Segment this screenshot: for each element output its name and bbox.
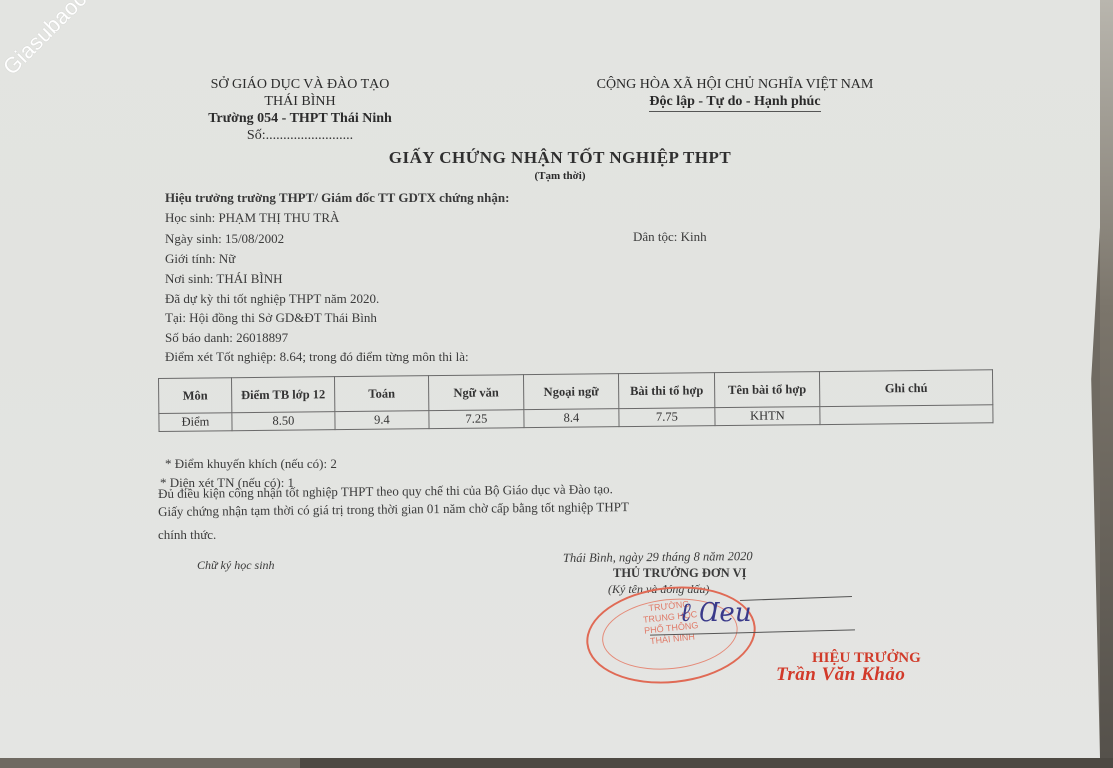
row-label: Điểm bbox=[159, 413, 232, 432]
unit-head-title: THỦ TRƯỞNG ĐƠN VỊ bbox=[613, 566, 746, 581]
score-math: 9.4 bbox=[335, 411, 429, 430]
national-header: CỘNG HÒA XÃ HỘI CHỦ NGHĨA VIỆT NAM Độc l… bbox=[515, 76, 955, 112]
validity-statement-end: chính thức. bbox=[158, 527, 216, 543]
candidate-number: Số báo danh: 26018897 bbox=[165, 330, 288, 346]
student-name: Học sinh: PHẠM THỊ THU TRÀ bbox=[165, 210, 339, 226]
header-subject: Môn bbox=[159, 378, 232, 414]
date-of-birth: Ngày sinh: 15/08/2002 bbox=[165, 231, 284, 247]
document-subtitle: (Tạm thời) bbox=[300, 170, 820, 182]
document-number: Số:......................... bbox=[160, 127, 440, 144]
handwritten-signature: ℓ Ɑeu bbox=[680, 598, 752, 628]
background-surface bbox=[1100, 0, 1113, 768]
school-name: Trường 054 - THPT Thái Ninh bbox=[160, 110, 440, 127]
score-gpa: 8.50 bbox=[232, 412, 335, 431]
notes-cell bbox=[820, 405, 993, 425]
document-title: GIẤY CHỨNG NHẬN TỐT NGHIỆP THPT bbox=[300, 148, 820, 168]
birthplace: Nơi sinh: THÁI BÌNH bbox=[165, 271, 283, 287]
exam-venue: Tại: Hội đồng thi Sở GD&ĐT Thái Bình bbox=[165, 310, 377, 326]
header-combined-name: Tên bài tổ hợp bbox=[714, 372, 819, 408]
principal-name: Trần Văn Khảo bbox=[776, 664, 905, 686]
header-literature: Ngữ văn bbox=[428, 375, 523, 411]
header-gpa: Điểm TB lớp 12 bbox=[232, 377, 335, 413]
nation-name: CỘNG HÒA XÃ HỘI CHỦ NGHĨA VIỆT NAM bbox=[515, 76, 955, 93]
score-combined-exam: 7.75 bbox=[619, 408, 715, 427]
score-literature: 7.25 bbox=[429, 410, 524, 429]
bonus-points: * Điểm khuyến khích (nếu có): 2 bbox=[165, 456, 337, 472]
place-and-date: Thái Bình, ngày 29 tháng 8 năm 2020 bbox=[563, 549, 753, 566]
graduation-score: Điểm xét Tốt nghiệp: 8.64; trong đó điểm… bbox=[165, 349, 469, 365]
header-notes: Ghi chú bbox=[819, 370, 992, 407]
exam-year: Đã dự kỳ thi tốt nghiệp THPT năm 2020. bbox=[165, 291, 379, 307]
score-foreign-language: 8.4 bbox=[524, 409, 619, 428]
combined-exam-name: KHTN bbox=[715, 407, 820, 426]
header-math: Toán bbox=[334, 376, 428, 412]
national-motto: Độc lập - Tự do - Hạnh phúc bbox=[649, 93, 820, 112]
ethnicity: Dân tộc: Kinh bbox=[633, 229, 707, 245]
student-signature-label: Chữ ký học sinh bbox=[197, 558, 275, 573]
header-combined-exam: Bài thi tổ hợp bbox=[618, 373, 714, 409]
province-name: THÁI BÌNH bbox=[160, 93, 440, 110]
gender: Giới tính: Nữ bbox=[165, 251, 235, 267]
header-foreign-language: Ngoại ngữ bbox=[523, 374, 618, 410]
department-name: SỞ GIÁO DỤC VÀ ĐÀO TẠO bbox=[160, 76, 440, 93]
certifier-line: Hiệu trưởng trường THPT/ Giám đốc TT GDT… bbox=[165, 190, 509, 206]
background-surface-bottom bbox=[300, 758, 1113, 768]
issuing-authority-header: SỞ GIÁO DỤC VÀ ĐÀO TẠO THÁI BÌNH Trường … bbox=[160, 76, 440, 144]
score-table: Môn Điểm TB lớp 12 Toán Ngữ văn Ngoại ng… bbox=[158, 369, 994, 432]
